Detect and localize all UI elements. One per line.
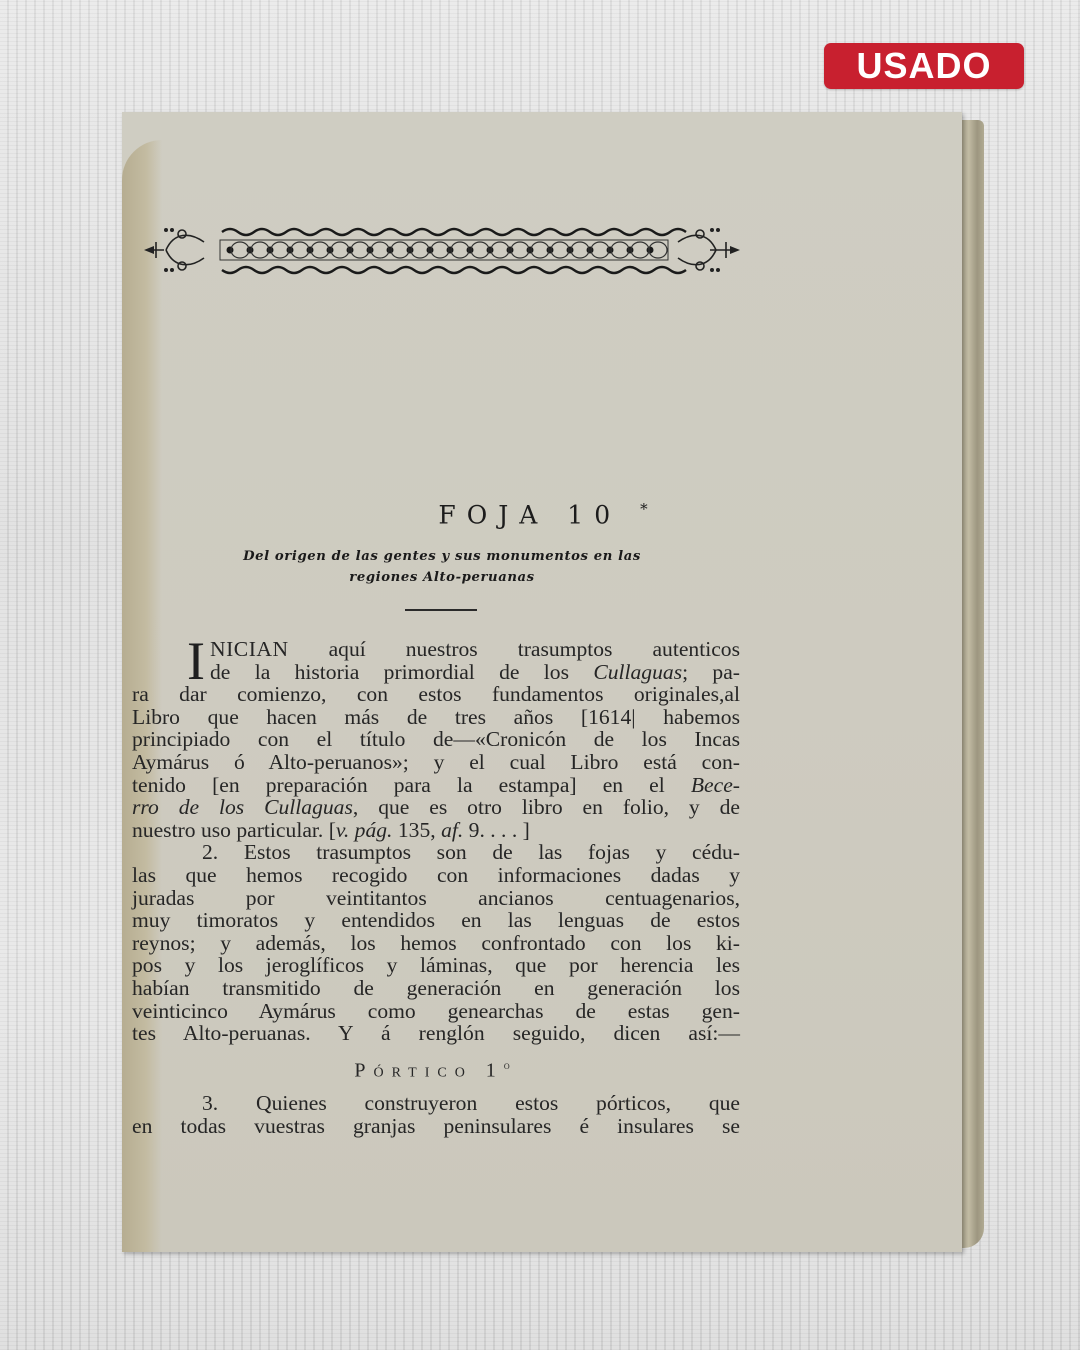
page-subtitle: Del origen de las gentes y sus monumento… bbox=[162, 546, 722, 588]
book-page: FOJA 10 * Del origen de las gentes y sus… bbox=[122, 112, 962, 1252]
text-line: rro de los Cullaguas, que es otro libro … bbox=[132, 796, 740, 819]
text-line: veinticinco Aymárus como genearchas de e… bbox=[132, 1000, 740, 1023]
page-title: FOJA 10 * bbox=[122, 500, 964, 529]
text-line: Aymárus ó Alto-peruanos»; y el cual Libr… bbox=[132, 751, 740, 774]
ornament-border-icon bbox=[144, 220, 740, 280]
page-title-text: FOJA 10 bbox=[438, 500, 621, 529]
text-line: en todas vuestras granjas peninsulares é… bbox=[132, 1115, 740, 1138]
text-line: 2. Estos trasumptos son de las fojas y c… bbox=[132, 841, 740, 864]
footnote-mark: * bbox=[640, 500, 648, 518]
text-line: reynos; y además, los hemos confrontado … bbox=[132, 932, 740, 955]
section-heading: Pórtico 1o bbox=[132, 1055, 740, 1082]
used-condition-badge: USADO bbox=[824, 43, 1024, 89]
text-line: tenido [en preparación para la estampa] … bbox=[132, 774, 740, 797]
text-line: tes Alto-peruanas. Y á renglón seguido, … bbox=[132, 1022, 740, 1045]
text-line: pos y los jeroglíficos y láminas, que po… bbox=[132, 954, 740, 977]
subtitle-line: Del origen de las gentes y sus monumento… bbox=[162, 546, 722, 567]
text-line: de la historia primordial de los Cullagu… bbox=[132, 661, 740, 684]
text-line: muy timoratos y entendidos en las lengua… bbox=[132, 909, 740, 932]
text-line: principiado con el título de—«Cronicón d… bbox=[132, 728, 740, 751]
text-line: Libro que hacen más de tres años [1614| … bbox=[132, 706, 740, 729]
text-line: NICIAN aquí nuestros trasumptos autentic… bbox=[132, 638, 740, 661]
section-divider bbox=[405, 609, 477, 611]
text-line: nuestro uso particular. [v. pág. 135, af… bbox=[132, 819, 740, 842]
text-line: habían transmitido de generación en gene… bbox=[132, 977, 740, 1000]
subtitle-line: regiones Alto-peruanas bbox=[162, 567, 722, 588]
text-line: ra dar comienzo, con estos fundamentos o… bbox=[132, 683, 740, 706]
drop-cap: I bbox=[187, 638, 205, 684]
body-text: I NICIAN aquí nuestros trasumptos autent… bbox=[132, 638, 740, 1137]
text-line: juradas por veintitantos ancianos centua… bbox=[132, 887, 740, 910]
text-line: las que hemos recogido con informaciones… bbox=[132, 864, 740, 887]
text-line: 3. Quienes construyeron estos pórticos, … bbox=[132, 1092, 740, 1115]
